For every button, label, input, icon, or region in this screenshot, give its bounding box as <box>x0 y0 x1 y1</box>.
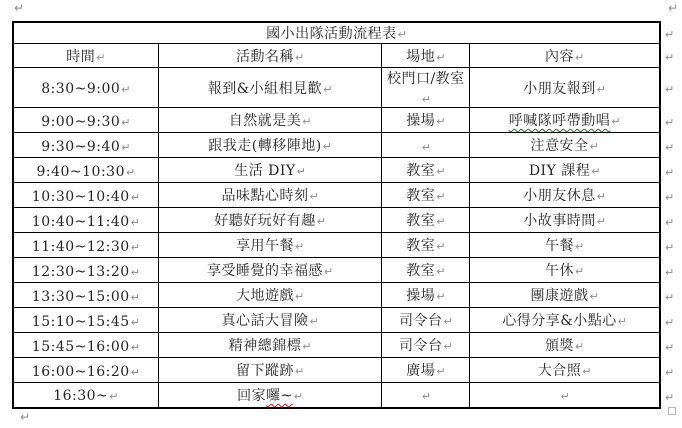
return-mark-icon: ↵ <box>575 51 584 64</box>
row-end-mark-icon: ↵ <box>665 51 674 64</box>
content-cell: 午休↵ <box>470 258 660 283</box>
row-end-cell: ↵ <box>660 22 681 44</box>
venue-cell: 司令台↵ <box>382 333 470 358</box>
return-mark-icon: ↵ <box>436 290 445 303</box>
return-mark-icon: ↵ <box>436 190 445 203</box>
return-mark-icon: ↵ <box>436 240 445 253</box>
return-mark-icon: ↵ <box>121 116 130 129</box>
venue-cell: 操場↵ <box>382 283 470 308</box>
venue-cell: 教室↵ <box>382 183 470 208</box>
return-mark-icon: ↵ <box>131 341 140 354</box>
return-mark-icon: ↵ <box>443 340 452 353</box>
activity-schedule-table: 國小出隊活動流程表↵ ↵ 時間↵ 活動名稱↵ 場地↵ 內容↵ ↵ 8:30~9:… <box>12 21 682 409</box>
return-mark-icon: ↵ <box>443 315 452 328</box>
activity-cell: 好聽好玩好有趣↵ <box>158 208 382 233</box>
row-end-cell: ↵ <box>660 44 681 68</box>
paragraph-mark-icon: ↵ <box>20 411 30 423</box>
content-cell: 呼喊隊呼帶動唱↵ <box>470 108 660 133</box>
content-cell: 頒獎↵ <box>470 333 660 358</box>
return-mark-icon: ↵ <box>131 366 140 379</box>
return-mark-icon: ↵ <box>295 365 304 378</box>
row-end-cell: ↵ <box>660 308 681 333</box>
activity-cell: 回家囉~↵ <box>158 383 382 408</box>
content-cell: 午餐↵ <box>470 233 660 258</box>
venue-cell: 教室↵ <box>382 233 470 258</box>
venue-cell: 教室↵ <box>382 158 470 183</box>
activity-cell: 大地遊戲↵ <box>158 283 382 308</box>
time-cell: 9:30~9:40↵ <box>13 133 158 158</box>
table-row: 16:30~↵ 回家囉~↵ ↵ ↵ ↵ <box>13 383 681 408</box>
end-of-table-square-icon <box>668 407 676 415</box>
table-row: 13:30~15:00↵ 大地遊戲↵ 操場↵ 團康遊戲↵ ↵ <box>13 283 681 308</box>
venue-cell: 教室↵ <box>382 208 470 233</box>
header-activity: 活動名稱↵ <box>158 44 382 68</box>
table-title-row: 國小出隊活動流程表↵ ↵ <box>13 22 681 44</box>
row-end-mark-icon: ↵ <box>665 166 674 179</box>
row-end-mark-icon: ↵ <box>665 316 674 329</box>
row-end-cell: ↵ <box>660 68 681 108</box>
row-end-mark-icon: ↵ <box>665 191 674 204</box>
row-end-mark-icon: ↵ <box>665 291 674 304</box>
time-cell: 15:10~15:45↵ <box>13 308 158 333</box>
table-title-text: 國小出隊活動流程表 <box>266 26 397 42</box>
table-row: 9:30~9:40↵ 跟我走(轉移陣地)↵ ↵ 注意安全↵ ↵ <box>13 133 681 158</box>
content-cell: 小朋友報到↵ <box>470 68 660 108</box>
row-end-cell: ↵ <box>660 183 681 208</box>
header-venue: 場地↵ <box>382 44 470 68</box>
activity-cell: 享受睡覺的幸福感↵ <box>158 258 382 283</box>
return-mark-icon: ↵ <box>597 83 606 96</box>
return-mark-icon: ↵ <box>302 340 311 353</box>
venue-cell: 操場↵ <box>382 108 470 133</box>
return-mark-icon: ↵ <box>422 141 431 154</box>
row-end-cell: ↵ <box>660 358 681 383</box>
header-content: 內容↵ <box>470 44 660 68</box>
time-cell: 9:00~9:30↵ <box>13 108 158 133</box>
table-row: 11:40~12:30↵ 享用午餐↵ 教室↵ 午餐↵ ↵ <box>13 233 681 258</box>
row-end-cell: ↵ <box>660 233 681 258</box>
content-cell: DIY 課程↵ <box>470 158 660 183</box>
table-row: 9:40~10:30↵ 生活 DIY↵ 教室↵ DIY 課程↵ ↵ <box>13 158 681 183</box>
return-mark-icon: ↵ <box>126 166 135 179</box>
activity-cell: 品味點心時刻↵ <box>158 183 382 208</box>
header-time: 時間↵ <box>13 44 158 68</box>
return-mark-icon: ↵ <box>323 83 332 96</box>
table-row: 12:30~13:20↵ 享受睡覺的幸福感↵ 教室↵ 午休↵ ↵ <box>13 258 681 283</box>
row-end-cell: ↵ <box>660 158 681 183</box>
return-mark-icon: ↵ <box>121 141 130 154</box>
activity-cell: 自然就是美↵ <box>158 108 382 133</box>
return-mark-icon: ↵ <box>131 191 140 204</box>
time-cell: 10:30~10:40↵ <box>13 183 158 208</box>
row-end-mark-icon: ↵ <box>665 241 674 254</box>
return-mark-icon: ↵ <box>436 115 445 128</box>
return-mark-icon: ↵ <box>436 165 445 178</box>
table-title: 國小出隊活動流程表↵ <box>13 22 660 44</box>
time-cell: 10:40~11:40↵ <box>13 208 158 233</box>
row-end-mark-icon: ↵ <box>665 141 674 154</box>
return-mark-icon: ↵ <box>131 241 140 254</box>
row-end-mark-icon: ↵ <box>665 266 674 279</box>
venue-cell: 校門口/教室↵ <box>382 68 470 108</box>
return-mark-icon: ↵ <box>582 365 591 378</box>
return-mark-icon: ↵ <box>575 265 584 278</box>
activity-cell: 留下蹤跡↵ <box>158 358 382 383</box>
return-mark-icon: ↵ <box>297 165 306 178</box>
return-mark-icon: ↵ <box>131 291 140 304</box>
return-mark-icon: ↵ <box>398 28 407 41</box>
row-end-mark-icon: ↵ <box>665 116 674 129</box>
row-end-cell: ↵ <box>660 133 681 158</box>
activity-cell: 跟我走(轉移陣地)↵ <box>158 133 382 158</box>
venue-cell: 司令台↵ <box>382 308 470 333</box>
venue-cell: 廣場↵ <box>382 358 470 383</box>
table-row: 16:00~16:20↵ 留下蹤跡↵ 廣場↵ 大合照↵ ↵ <box>13 358 681 383</box>
row-end-cell: ↵ <box>660 108 681 133</box>
row-end-mark-icon: ↵ <box>665 216 674 229</box>
content-cell: 小朋友休息↵ <box>470 183 660 208</box>
row-end-cell: ↵ <box>660 283 681 308</box>
content-cell: 小故事時間↵ <box>470 208 660 233</box>
venue-cell: ↵ <box>382 133 470 158</box>
activity-cell: 享用午餐↵ <box>158 233 382 258</box>
table-row: 10:30~10:40↵ 品味點心時刻↵ 教室↵ 小朋友休息↵ ↵ <box>13 183 681 208</box>
return-mark-icon: ↵ <box>436 365 445 378</box>
document-page: ↵ ↵ 國小出隊活動流程表↵ ↵ 時間↵ 活動名稱↵ 場地↵ 內容↵ ↵ 8:3… <box>0 0 682 428</box>
return-mark-icon: ↵ <box>436 51 445 64</box>
return-mark-icon: ↵ <box>618 315 627 328</box>
return-mark-icon: ↵ <box>575 240 584 253</box>
return-mark-icon: ↵ <box>295 290 304 303</box>
return-mark-icon: ↵ <box>611 115 620 128</box>
return-mark-icon: ↵ <box>302 115 311 128</box>
activity-cell: 精神總錦標↵ <box>158 333 382 358</box>
time-cell: 15:45~16:00↵ <box>13 333 158 358</box>
return-mark-icon: ↵ <box>591 165 600 178</box>
row-end-cell: ↵ <box>660 383 681 408</box>
time-cell: 13:30~15:00↵ <box>13 283 158 308</box>
time-cell: 11:40~12:30↵ <box>13 233 158 258</box>
row-end-mark-icon: ↵ <box>665 391 674 404</box>
venue-cell: ↵ <box>382 383 470 408</box>
return-mark-icon: ↵ <box>590 290 599 303</box>
return-mark-icon: ↵ <box>96 51 105 64</box>
activity-cell: 報到&小組相見歡↵ <box>158 68 382 108</box>
row-end-mark-icon: ↵ <box>665 366 674 379</box>
return-mark-icon: ↵ <box>131 266 140 279</box>
return-mark-icon: ↵ <box>317 215 326 228</box>
return-mark-icon: ↵ <box>590 140 599 153</box>
row-end-mark-icon: ↵ <box>665 341 674 354</box>
activity-cell: 真心話大冒險↵ <box>158 308 382 333</box>
table-row: 9:00~9:30↵ 自然就是美↵ 操場↵ 呼喊隊呼帶動唱↵ ↵ <box>13 108 681 133</box>
activity-cell: 生活 DIY↵ <box>158 158 382 183</box>
return-mark-icon: ↵ <box>294 390 303 403</box>
return-mark-icon: ↵ <box>597 215 606 228</box>
return-mark-icon: ↵ <box>309 190 318 203</box>
return-mark-icon: ↵ <box>295 240 304 253</box>
table-row: 10:40~11:40↵ 好聽好玩好有趣↵ 教室↵ 小故事時間↵ ↵ <box>13 208 681 233</box>
return-mark-icon: ↵ <box>309 315 318 328</box>
return-mark-icon: ↵ <box>597 190 606 203</box>
content-cell: 大合照↵ <box>470 358 660 383</box>
return-mark-icon: ↵ <box>324 265 333 278</box>
paragraph-mark-icon: ↵ <box>668 2 678 14</box>
table-row: 15:45~16:00↵ 精神總錦標↵ 司令台↵ 頒獎↵ ↵ <box>13 333 681 358</box>
return-mark-icon: ↵ <box>575 340 584 353</box>
paragraph-mark-icon: ↵ <box>14 2 24 14</box>
table-header-row: 時間↵ 活動名稱↵ 場地↵ 內容↵ ↵ <box>13 44 681 68</box>
row-end-cell: ↵ <box>660 333 681 358</box>
return-mark-icon: ↵ <box>109 390 118 403</box>
return-mark-icon: ↵ <box>295 51 304 64</box>
content-cell: 心得分享&小點心↵ <box>470 308 660 333</box>
time-cell: 8:30~9:00↵ <box>13 68 158 108</box>
return-mark-icon: ↵ <box>422 93 431 106</box>
time-cell: 9:40~10:30↵ <box>13 158 158 183</box>
return-mark-icon: ↵ <box>422 390 431 403</box>
return-mark-icon: ↵ <box>131 316 140 329</box>
content-cell: 團康遊戲↵ <box>470 283 660 308</box>
return-mark-icon: ↵ <box>561 390 570 403</box>
time-cell: 12:30~13:20↵ <box>13 258 158 283</box>
return-mark-icon: ↵ <box>436 215 445 228</box>
content-cell: ↵ <box>470 383 660 408</box>
table-row: 8:30~9:00↵ 報到&小組相見歡↵ 校門口/教室↵ 小朋友報到↵ ↵ <box>13 68 681 108</box>
venue-cell: 教室↵ <box>382 258 470 283</box>
row-end-mark-icon: ↵ <box>665 28 674 41</box>
time-cell: 16:30~↵ <box>13 383 158 408</box>
row-end-cell: ↵ <box>660 258 681 283</box>
return-mark-icon: ↵ <box>131 216 140 229</box>
time-cell: 16:00~16:20↵ <box>13 358 158 383</box>
return-mark-icon: ↵ <box>323 140 332 153</box>
return-mark-icon: ↵ <box>121 83 130 96</box>
content-cell: 注意安全↵ <box>470 133 660 158</box>
table-row: 15:10~15:45↵ 真心話大冒險↵ 司令台↵ 心得分享&小點心↵ ↵ <box>13 308 681 333</box>
row-end-mark-icon: ↵ <box>665 83 674 96</box>
return-mark-icon: ↵ <box>436 265 445 278</box>
row-end-cell: ↵ <box>660 208 681 233</box>
